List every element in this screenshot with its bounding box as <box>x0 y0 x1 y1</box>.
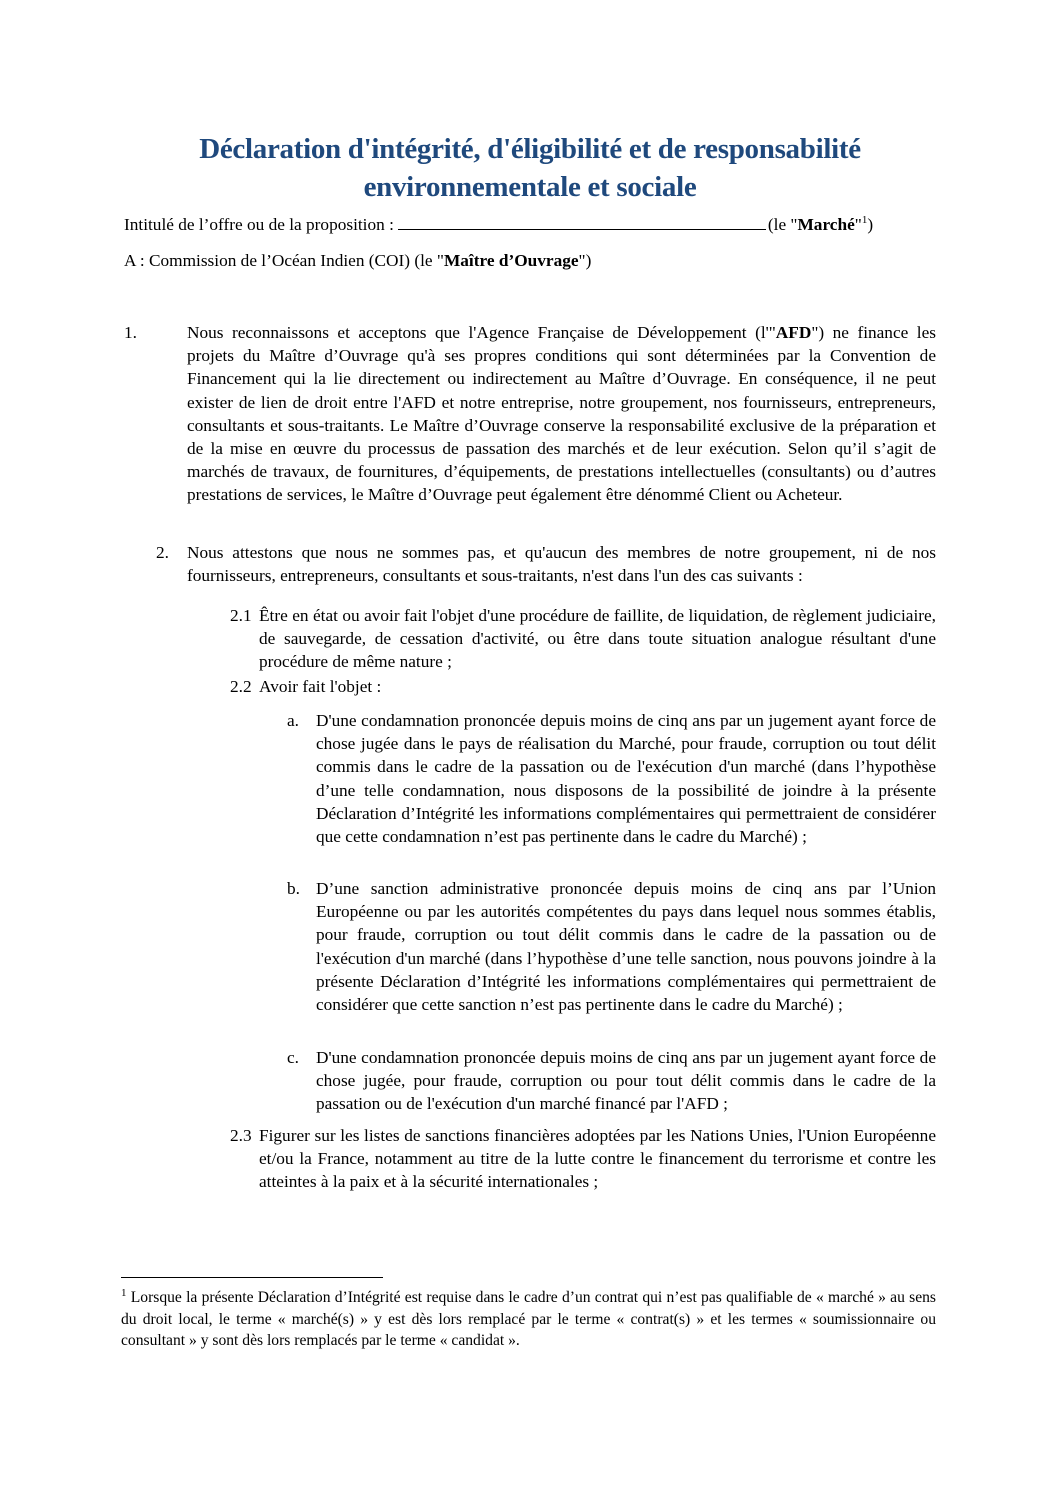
item-a-label: a. <box>287 709 299 732</box>
document-page: Déclaration d'intégrité, d'éligibilité e… <box>0 0 1058 1497</box>
item-b-label: b. <box>287 877 300 900</box>
afd-term: AFD <box>776 323 812 342</box>
footnote-separator <box>121 1277 383 1278</box>
recipient-close: ") <box>579 251 592 270</box>
offer-title-label: Intitulé de l’offre ou de la proposition… <box>124 215 394 234</box>
footnote: 1 Lorsque la présente Déclaration d’Inté… <box>121 1287 936 1352</box>
section-2-text: Nous attestons que nous ne sommes pas, e… <box>187 541 936 587</box>
title-line-1: Déclaration d'intégrité, d'éligibilité e… <box>120 130 940 168</box>
item-a-text: D'une condamnation prononcée depuis moin… <box>316 709 936 848</box>
section-2-2-number: 2.2 <box>230 675 252 698</box>
title-line-2: environnementale et sociale <box>120 168 940 206</box>
offer-title-row: Intitulé de l’offre ou de la proposition… <box>124 213 944 236</box>
item-c-text: D'une condamnation prononcée depuis moin… <box>316 1046 936 1116</box>
marche-term: Marché <box>798 215 855 234</box>
section-1-text: Nous reconnaissons et acceptons que l'Ag… <box>187 321 936 507</box>
section-1-number: 1. <box>124 321 137 344</box>
offer-suffix-close: ) <box>867 215 873 234</box>
section-2-1-text: Être en état ou avoir fait l'objet d'une… <box>259 604 936 674</box>
recipient-row: A : Commission de l’Océan Indien (COI) (… <box>124 249 944 272</box>
section-2-3-number: 2.3 <box>230 1124 252 1147</box>
item-b-text: D’une sanction administrative prononcée … <box>316 877 936 1016</box>
footnote-text: Lorsque la présente Déclaration d’Intégr… <box>121 1289 936 1349</box>
maitre-ouvrage-term: Maître d’Ouvrage <box>444 251 579 270</box>
section-2-number: 2. <box>156 541 169 564</box>
section-1-text-pre: Nous reconnaissons et acceptons que l'Ag… <box>187 323 776 342</box>
section-2-3-text: Figurer sur les listes de sanctions fina… <box>259 1124 936 1194</box>
offer-title-field[interactable] <box>398 213 766 230</box>
item-c-label: c. <box>287 1046 299 1069</box>
section-2-1-number: 2.1 <box>230 604 252 627</box>
recipient-text: A : Commission de l’Océan Indien (COI) (… <box>124 251 444 270</box>
document-title: Déclaration d'intégrité, d'éligibilité e… <box>120 130 940 206</box>
section-1-text-post: ") ne finance les projets du Maître d’Ou… <box>187 323 936 504</box>
offer-suffix-pre: (le " <box>768 215 798 234</box>
section-2-2-text: Avoir fait l'objet : <box>259 675 936 698</box>
offer-suffix-quote: " <box>855 215 862 234</box>
